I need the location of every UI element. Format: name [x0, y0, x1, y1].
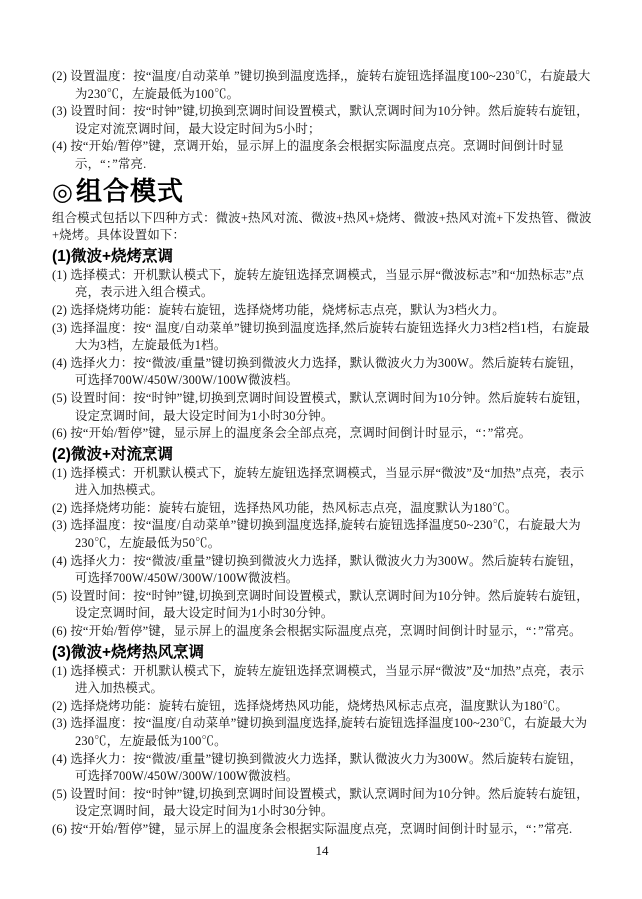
list-item: (2) 选择烧烤功能：旋转右旋钮，选择烧烤热风功能，烧烤热风标志点亮，温度默认为… — [52, 698, 592, 716]
list-item: (2) 选择烧烤功能：旋转右旋钮，选择热风功能，热风标志点亮，温度默认为180℃… — [52, 500, 592, 518]
page-content: (2) 设置温度：按“温度/自动菜单 ”键切换到温度选择,，旋转右旋钮选择温度1… — [52, 68, 592, 859]
subsection-title-microwave-grill-hotair: (3)微波+烧烤热风烹调 — [52, 643, 592, 663]
list-item: (3) 选择温度：按“温度/自动菜单”键切换到温度选择,旋转右旋钮选择温度50~… — [52, 517, 592, 552]
list-item: (5) 设置时间：按“时钟”键,切换到烹调时间设置模式，默认烹调时间为10分钟。… — [52, 588, 592, 623]
list-item: (4) 选择火力：按“微波/重量”键切换到微波火力选择，默认微波火力为300W。… — [52, 553, 592, 588]
list-item: (5) 设置时间：按“时钟”键,切换到烹调时间设置模式，默认烹调时间为10分钟。… — [52, 390, 592, 425]
intro-paragraph: 组合模式包括以下四种方式：微波+热风对流、微波+热风+烧烤、微波+热风对流+下发… — [52, 210, 592, 245]
list-item: (6) 按“开始/暂停”键，显示屏上的温度条会根据实际温度点亮，烹调时间倒计时显… — [52, 623, 592, 641]
list-item: (4) 选择火力：按“微波/重量”键切换到微波火力选择，默认微波火力为300W。… — [52, 355, 592, 390]
list-item: (2) 设置温度：按“温度/自动菜单 ”键切换到温度选择,，旋转右旋钮选择温度1… — [52, 68, 592, 103]
manual-page: (2) 设置温度：按“温度/自动菜单 ”键切换到温度选择,，旋转右旋钮选择温度1… — [0, 0, 642, 899]
subsection-title-microwave-convection: (2)微波+对流烹调 — [52, 445, 592, 465]
list-item: (6) 按“开始/暂停”键，显示屏上的温度条会全部点亮，烹调时间倒计时显示，“：… — [52, 425, 592, 443]
list-item: (1) 选择模式：开机默认模式下，旋转左旋钮选择烹调模式，当显示屏“微波”及“加… — [52, 663, 592, 698]
list-item: (4) 选择火力：按“微波/重量”键切换到微波火力选择，默认微波火力为300W。… — [52, 751, 592, 786]
list-item: (4) 按“开始/暂停”键，烹调开始，显示屏上的温度条会根据实际温度点亮。烹调时… — [52, 138, 592, 173]
list-item: (2) 选择烧烤功能：旋转右旋钮，选择烧烤功能，烧烤标志点亮，默认为3档火力。 — [52, 302, 592, 320]
section-heading-text: 组合模式 — [76, 176, 184, 206]
list-item: (3) 选择温度：按“ 温度/自动菜单”键切换到温度选择,然后旋转右旋钮选择火力… — [52, 320, 592, 355]
list-item: (3) 设置时间：按“时钟”键,切换到烹调时间设置模式，默认烹调时间为10分钟。… — [52, 103, 592, 138]
list-item: (1) 选择模式：开机默认模式下，旋转左旋钮选择烹调模式，当显示屏“微波”及“加… — [52, 465, 592, 500]
list-item: (5) 设置时间：按“时钟”键,切换到烹调时间设置模式，默认烹调时间为10分钟。… — [52, 786, 592, 821]
list-item: (6) 按“开始/暂停”键，显示屏上的温度条会根据实际温度点亮，烹调时间倒计时显… — [52, 821, 592, 839]
double-circle-bullet-icon: ◎ — [52, 179, 74, 206]
section-heading: ◎组合模式 — [52, 176, 592, 208]
list-item: (1) 选择模式：开机默认模式下，旋转左旋钮选择烹调模式，当显示屏“微波标志”和… — [52, 267, 592, 302]
list-item: (3) 选择温度：按“温度/自动菜单”键切换到温度选择,旋转右旋钮选择温度100… — [52, 715, 592, 750]
page-number: 14 — [52, 842, 592, 859]
subsection-title-microwave-grill: (1)微波+烧烤烹调 — [52, 247, 592, 267]
